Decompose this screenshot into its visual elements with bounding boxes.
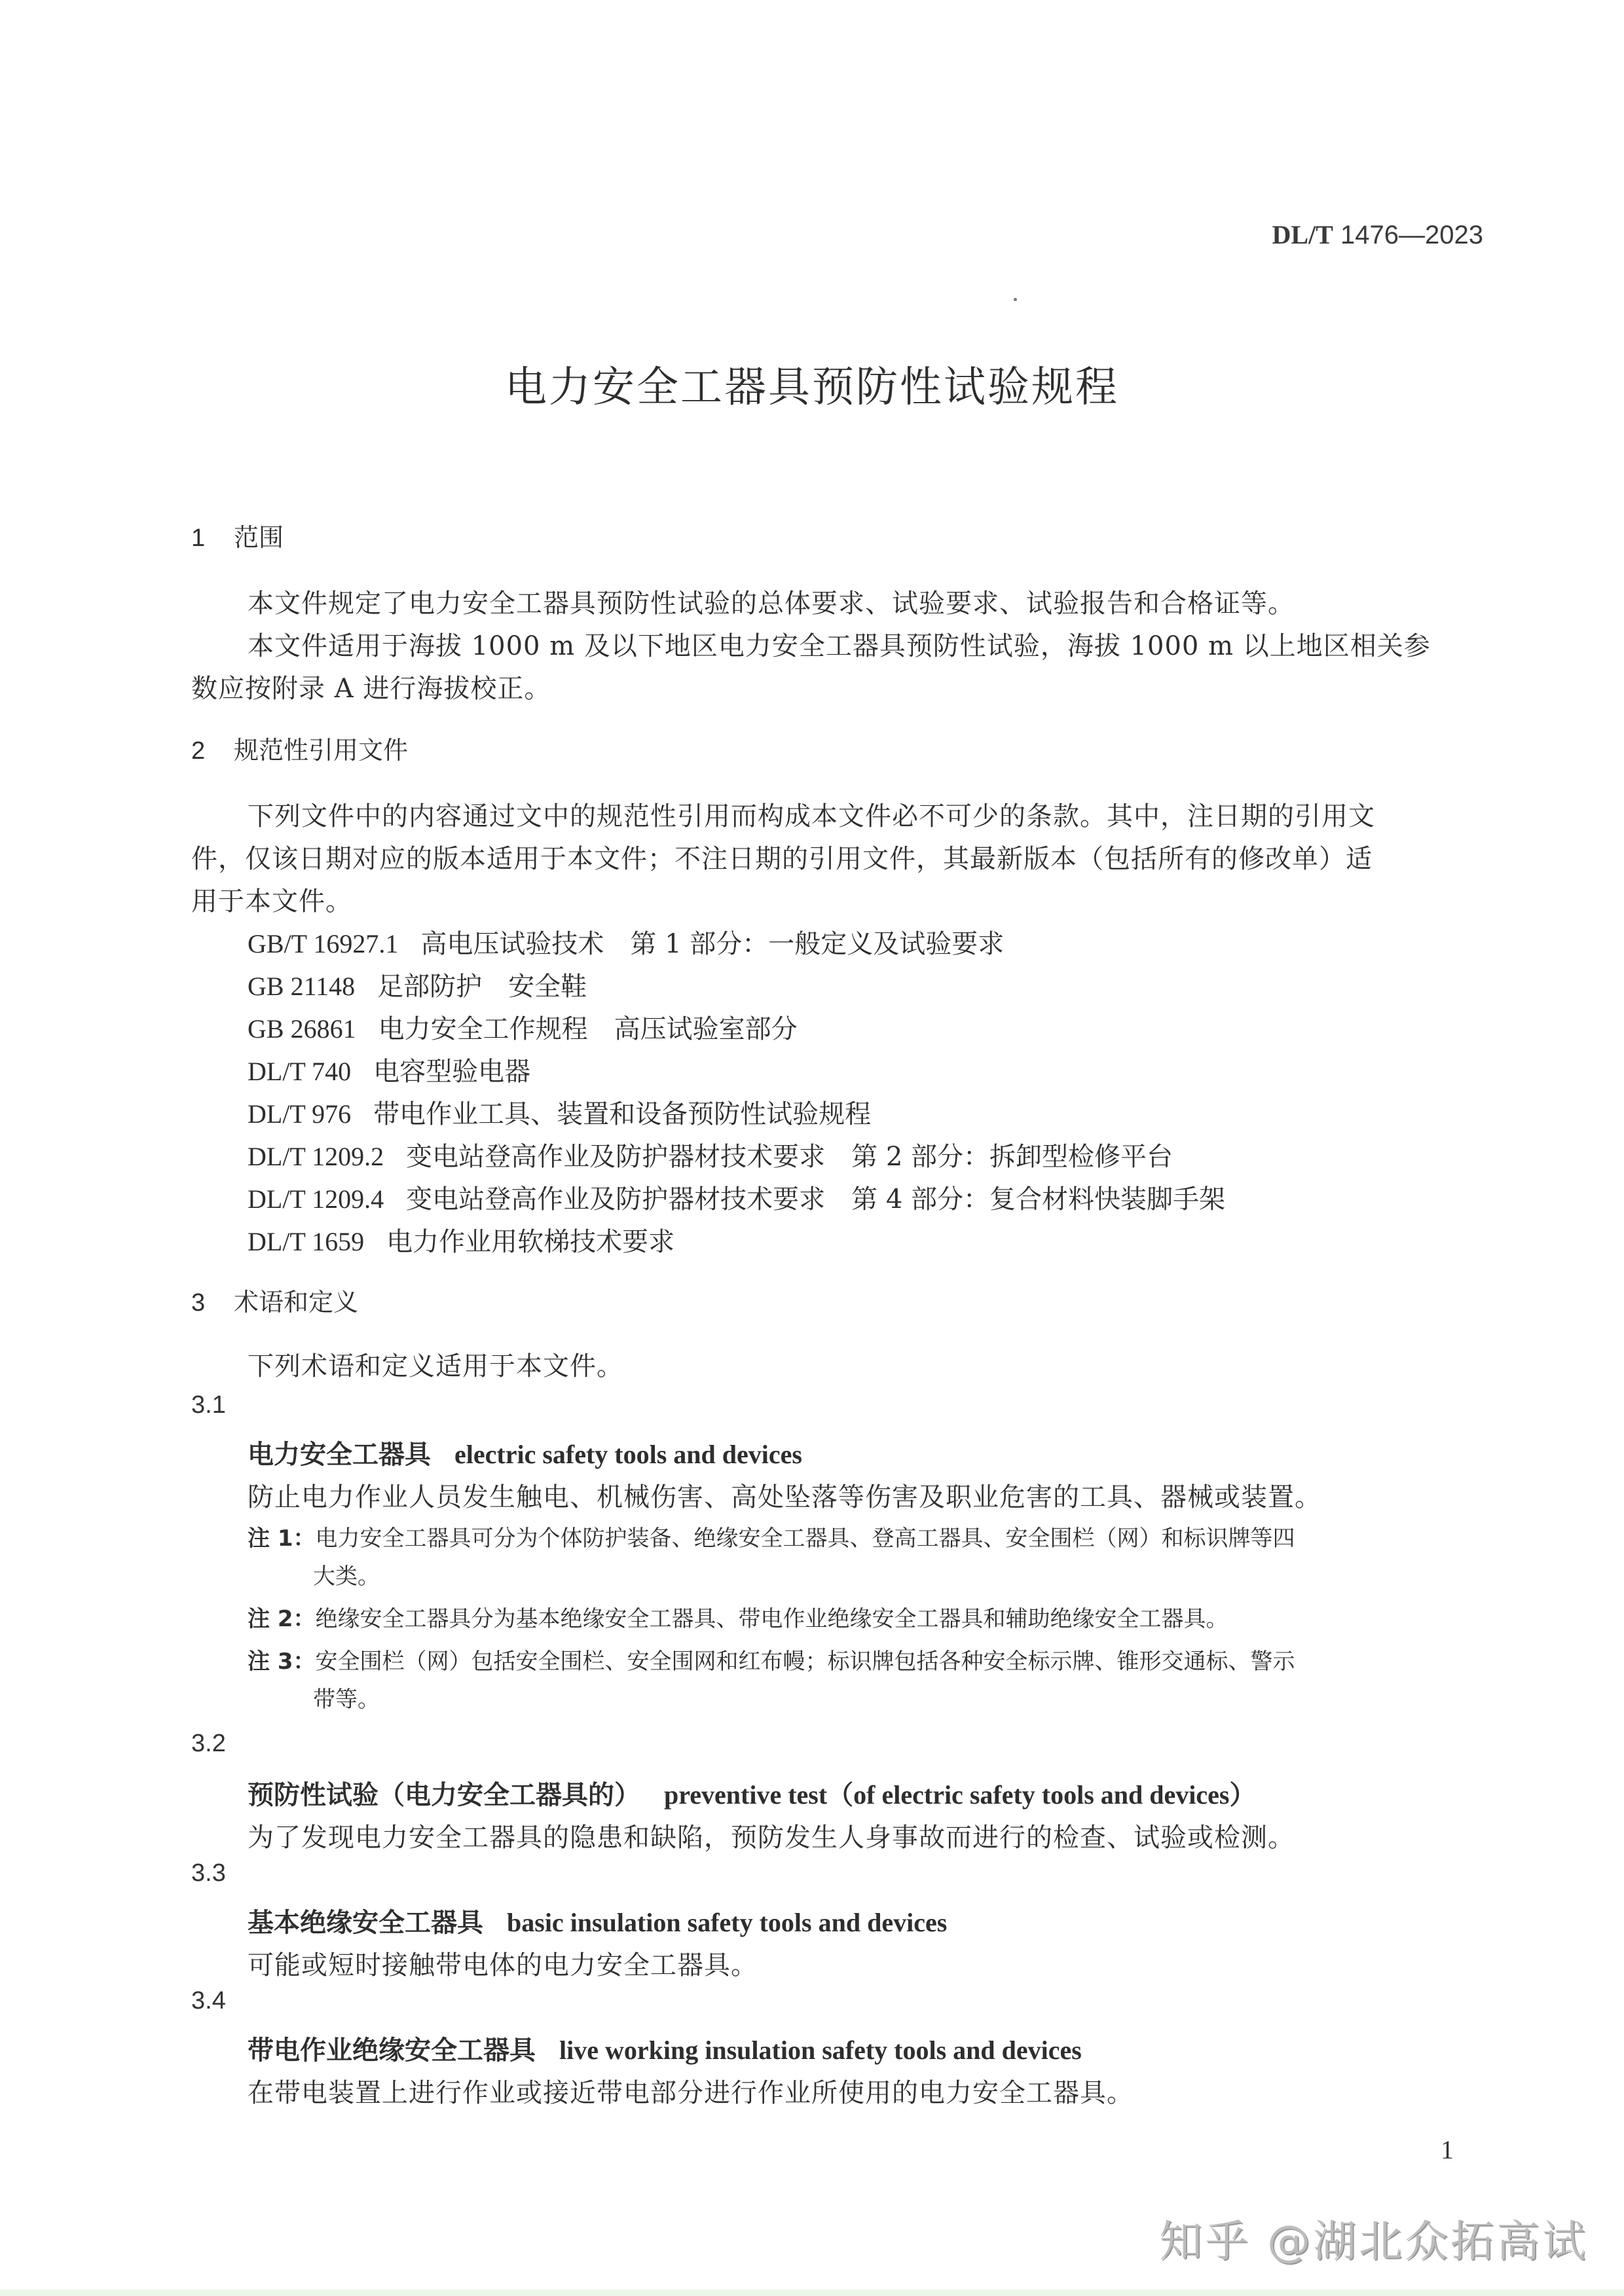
paragraph: 本文件适用于海拔 1000 m 及以下地区电力安全工器具预防性试验，海拔 100… [248,625,1431,663]
reference-item: DL/T 976带电作业工具、装置和设备预防性试验规程 [248,1093,871,1131]
bottom-edge-band [0,2289,1624,2296]
scan-speck [1014,298,1017,301]
term-heading: 基本绝缘安全工器具basic insulation safety tools a… [248,1902,947,1939]
note-2: 注 2：绝缘安全工器具分为基本绝缘安全工器具、带电作业绝缘安全工器具和辅助绝缘安… [248,1601,1228,1633]
reference-item: DL/T 1209.2变电站登高作业及防护器材技术要求 第 2 部分：拆卸型检修… [248,1136,1173,1173]
reference-item: GB/T 16927.1高电压试验技术 第 1 部分：一般定义及试验要求 [248,923,1004,960]
section-heading-1: 1范围 [191,517,284,553]
section-heading-2: 2规范性引用文件 [191,730,408,766]
reference-item: GB 21148足部防护 安全鞋 [248,966,587,1003]
paragraph: 用于本文件。 [191,881,352,918]
note-1: 注 1：电力安全工器具可分为个体防护装备、绝缘安全工器具、登高工器具、安全围栏（… [248,1520,1295,1552]
standard-number: 1476—2023 [1340,221,1483,249]
page-number: 1 [1441,2134,1454,2165]
paragraph: 数应按附录 A 进行海拔校正。 [191,668,551,705]
section-heading-3: 3术语和定义 [191,1282,358,1318]
paragraph: 下列术语和定义适用于本文件。 [248,1345,623,1383]
paragraph: 件，仅该日期对应的版本适用于本文件；不注日期的引用文件，其最新版本（包括所有的修… [191,838,1373,875]
term-heading: 电力安全工器具electric safety tools and devices [248,1434,802,1471]
term-definition: 可能或短时接触带电体的电力安全工器具。 [248,1944,758,1982]
term-number: 3.4 [191,1987,226,2015]
reference-item: GB 26861电力安全工作规程 高压试验室部分 [248,1008,798,1046]
note-3: 注 3：安全围栏（网）包括安全围栏、安全围网和红布幔；标识牌包括各种安全标示牌、… [248,1643,1295,1675]
standard-code: DL/T 1476—2023 [1272,219,1483,250]
note-3-continued: 带等。 [313,1681,380,1713]
document-title: 电力安全工器具预防性试验规程 [0,354,1624,414]
paragraph: 下列文件中的内容通过文中的规范性引用而构成本文件必不可少的条款。其中，注日期的引… [248,795,1375,833]
reference-item: DL/T 1209.4变电站登高作业及防护器材技术要求 第 4 部分：复合材料快… [248,1178,1225,1216]
term-number: 3.2 [191,1730,226,1758]
paragraph: 本文件规定了电力安全工器具预防性试验的总体要求、试验要求、试验报告和合格证等。 [248,583,1295,620]
term-heading: 带电作业绝缘安全工器具live working insulation safet… [248,2030,1082,2067]
reference-item: DL/T 1659电力作业用软梯技术要求 [248,1221,674,1258]
reference-item: DL/T 740电容型验电器 [248,1051,530,1088]
term-number: 3.3 [191,1859,226,1887]
watermark: 知乎 @湖北众拓高试 [1159,2206,1588,2269]
term-definition: 在带电装置上进行作业或接近带电部分进行作业所使用的电力安全工器具。 [248,2072,1134,2109]
term-number: 3.1 [191,1391,226,1419]
standard-prefix: DL/T [1272,220,1333,249]
term-definition: 防止电力作业人员发生触电、机械伤害、高处坠落等伤害及职业危害的工具、器械或装置。 [248,1476,1321,1514]
term-heading: 预防性试验（电力安全工器具的）preventive test（of electr… [248,1774,1255,1812]
note-1-continued: 大类。 [313,1558,380,1590]
term-definition: 为了发现电力安全工器具的隐患和缺陷，预防发生人身事故而进行的检查、试验或检测。 [248,1817,1295,1854]
